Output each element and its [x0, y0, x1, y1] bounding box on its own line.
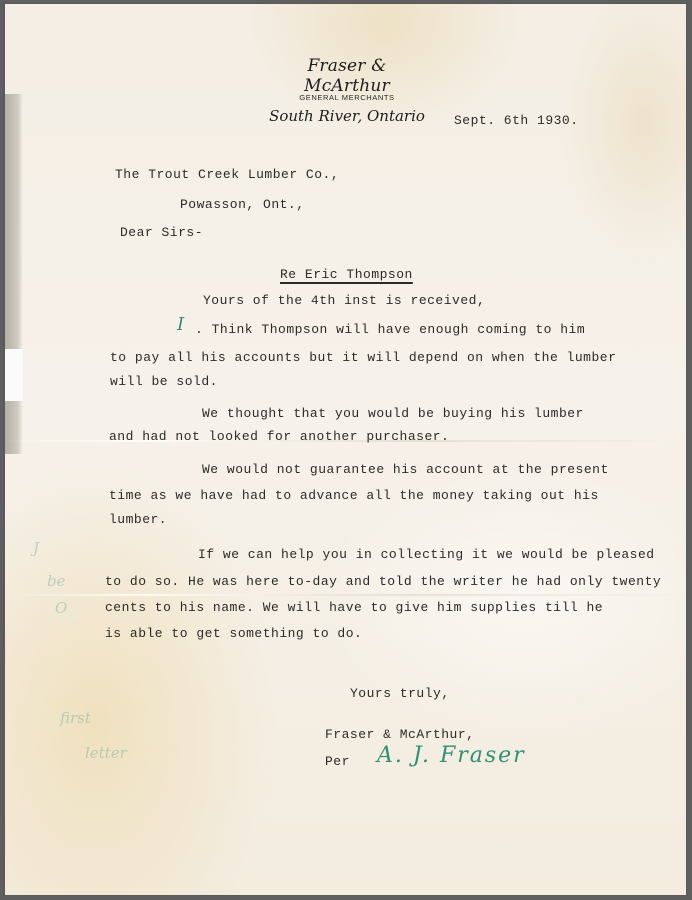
body-line: is able to get something to do. [105, 626, 362, 641]
handwritten-correction: I [177, 314, 184, 335]
subject-line: Re Eric Thompson [280, 267, 413, 282]
margin-note: be [47, 572, 65, 590]
body-line: will be sold. [110, 374, 218, 389]
margin-note: J [33, 539, 39, 557]
body-line: If we can help you in collecting it we w… [198, 547, 655, 562]
signature-company: Fraser & McArthur, [325, 727, 474, 742]
body-line: to pay all his accounts but it will depe… [110, 350, 616, 365]
letterhead-tagline: GENERAL MERCHANTS [267, 93, 427, 102]
edge-tear [5, 349, 23, 401]
closing: Yours truly, [350, 686, 450, 701]
body-line: cents to his name. We will have to give … [105, 600, 603, 615]
recipient-address: Powasson, Ont., [180, 197, 305, 212]
body-line: Yours of the 4th inst is received, [203, 293, 485, 308]
body-line: lumber. [109, 512, 167, 527]
handwritten-signature: A. J. Fraser [377, 743, 526, 768]
body-line: . Think Thompson will have enough coming… [195, 322, 585, 337]
body-line: We would not guarantee his account at th… [202, 462, 609, 477]
margin-note: first [60, 709, 91, 727]
letter-date: Sept. 6th 1930. [454, 113, 579, 128]
margin-note: O [55, 599, 67, 617]
letterhead-company: Fraser & McArthur [267, 56, 427, 96]
salutation: Dear Sirs- [120, 225, 203, 240]
letter-page: Fraser & McArthur GENERAL MERCHANTS Sout… [5, 4, 686, 895]
letterhead-location: South River, Ontario [267, 107, 427, 125]
fold-crease [5, 594, 686, 596]
body-line: We thought that you would be buying his … [202, 406, 584, 421]
margin-note: letter [85, 744, 127, 762]
recipient-name: The Trout Creek Lumber Co., [115, 167, 339, 182]
body-line: and had not looked for another purchaser… [109, 429, 449, 444]
body-line: to do so. He was here to-day and told th… [105, 574, 661, 589]
signature-per-label: Per [325, 754, 350, 769]
body-line: time as we have had to advance all the m… [109, 488, 599, 503]
